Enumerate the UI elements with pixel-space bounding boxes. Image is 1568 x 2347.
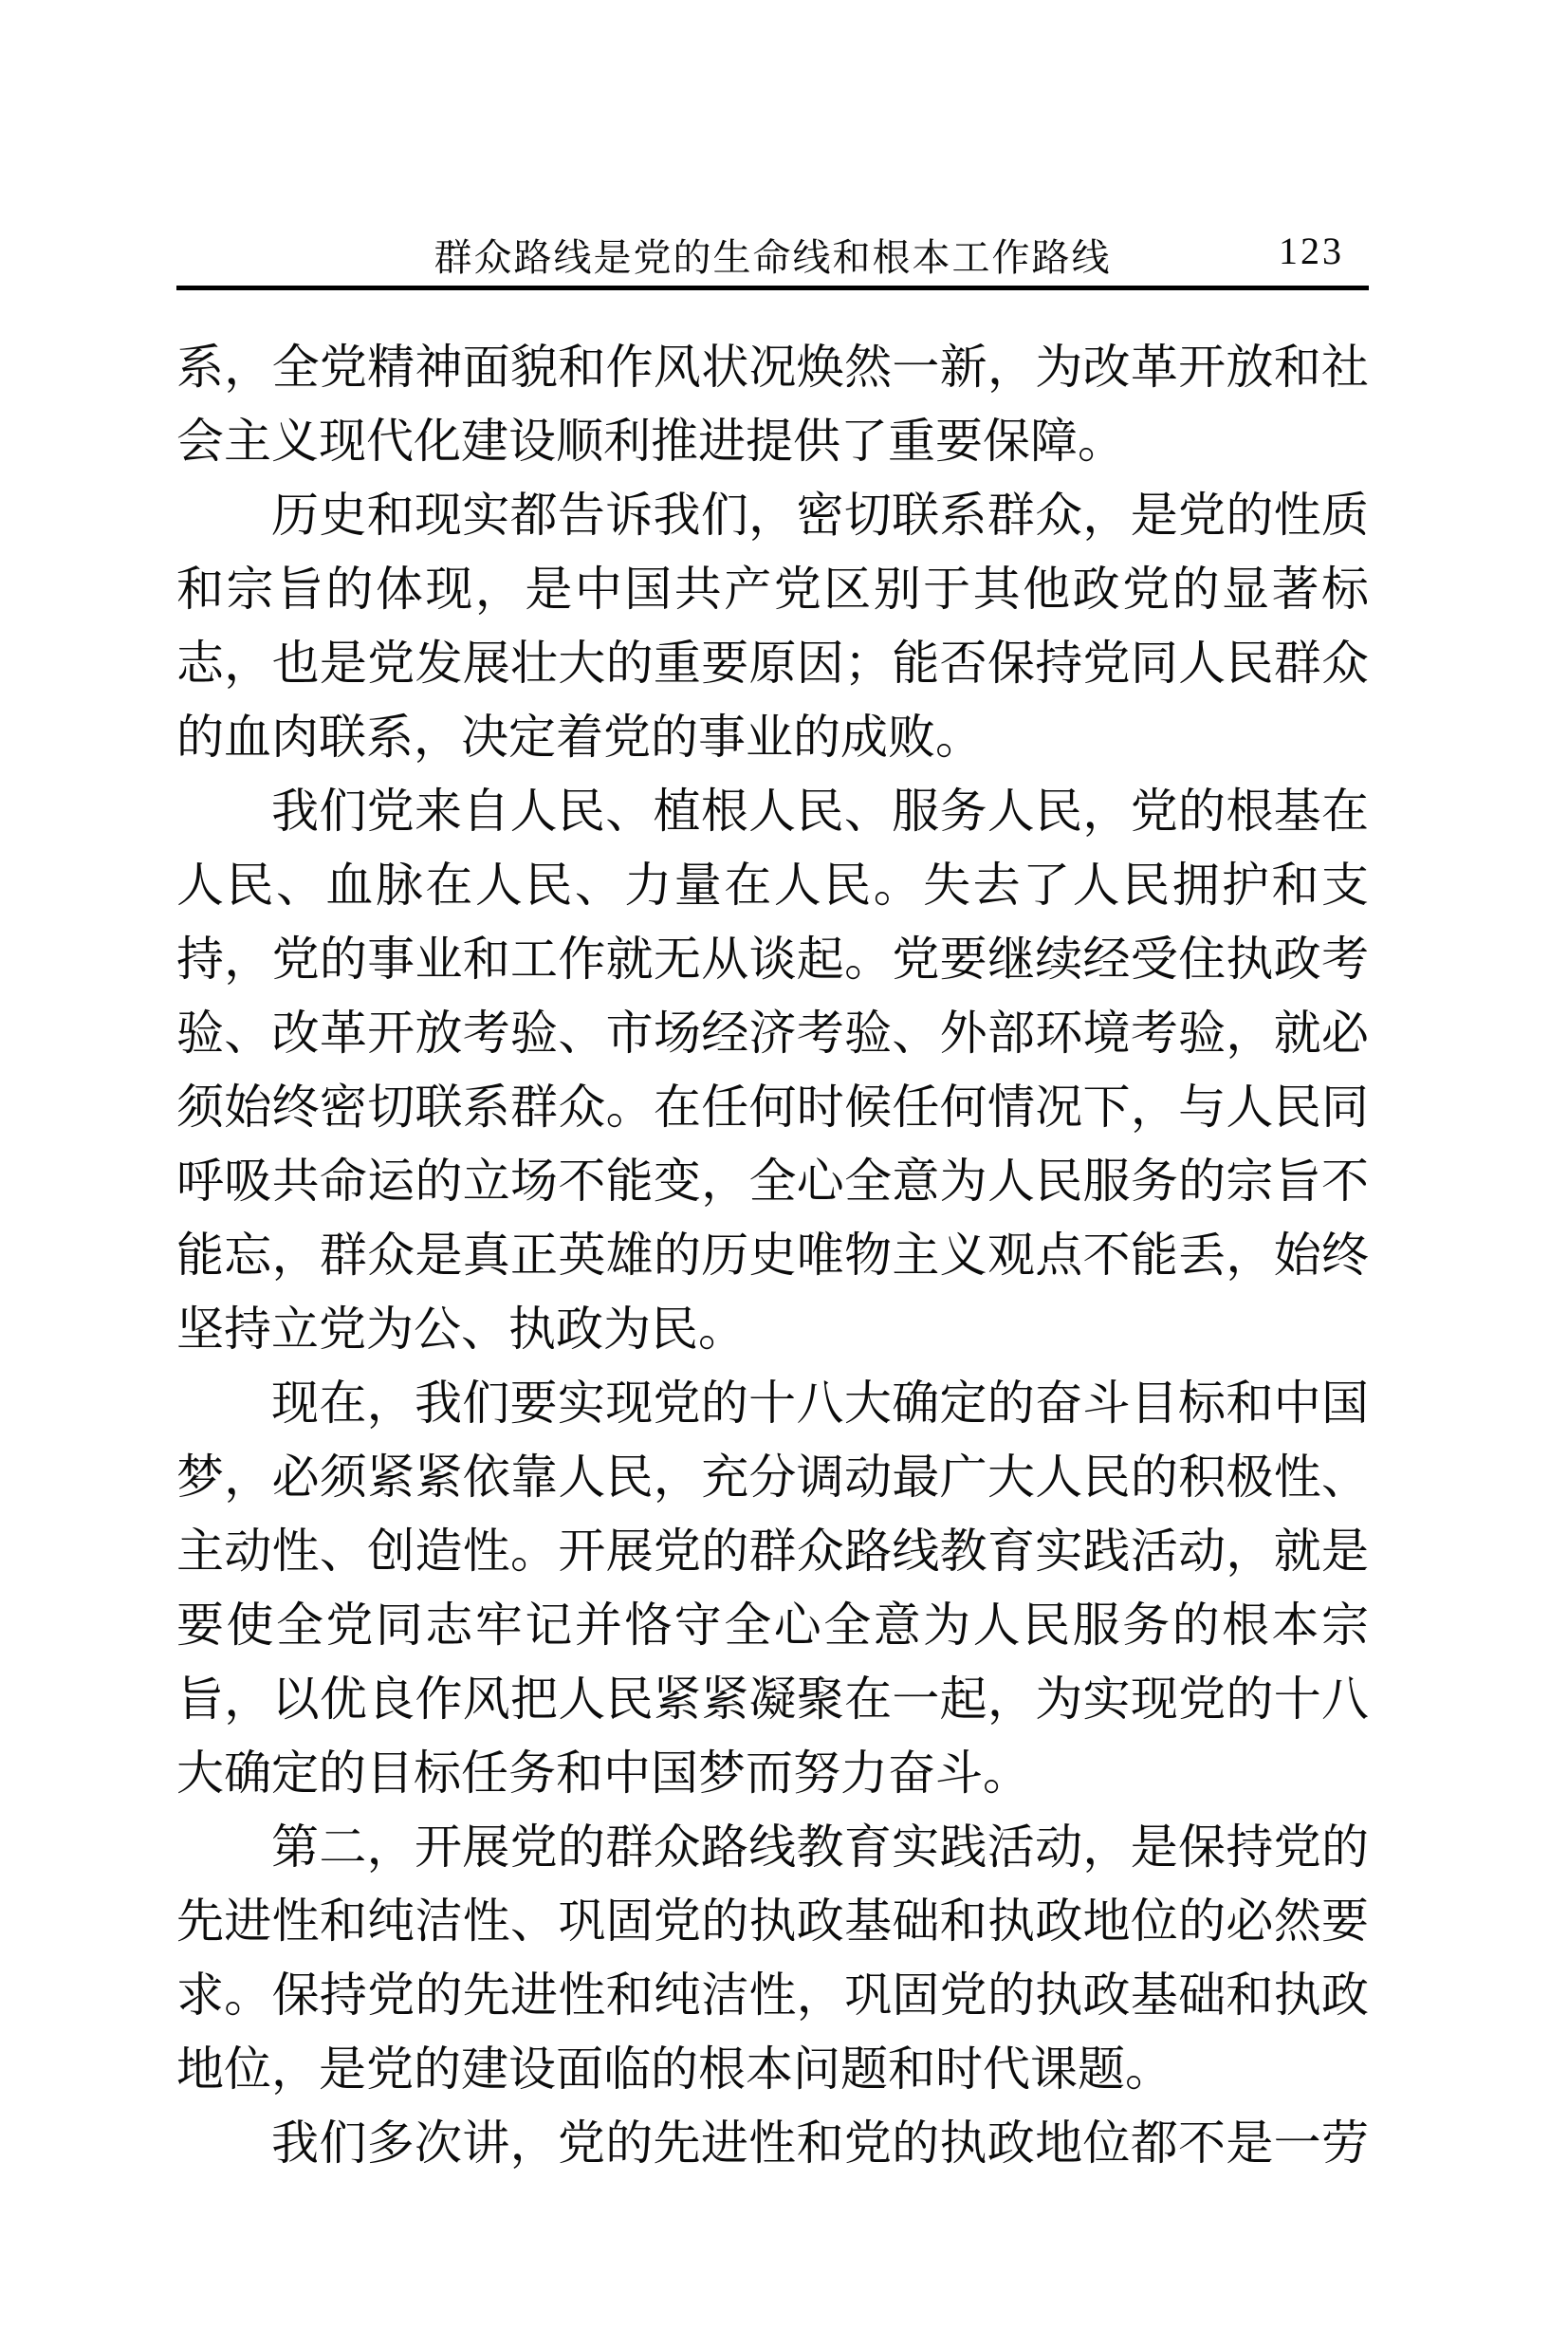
page-number: 123 xyxy=(1279,229,1344,273)
text-line: 要使全党同志牢记并恪守全心全意为人民服务的根本宗 xyxy=(176,1588,1369,1662)
page-header: 群众路线是党的生命线和根本工作路线 123 xyxy=(176,228,1369,275)
text-line: 求。保持党的先进性和纯洁性，巩固党的执政基础和执政 xyxy=(176,1958,1369,2032)
text-line: 大确定的目标任务和中国梦而努力奋斗。 xyxy=(176,1736,1369,1810)
text-line: 系，全党精神面貌和作风状况焕然一新，为改革开放和社 xyxy=(176,330,1369,404)
text-line: 人民、血脉在人民、力量在人民。失去了人民拥护和支 xyxy=(176,848,1369,922)
text-line: 先进性和纯洁性、巩固党的执政基础和执政地位的必然要 xyxy=(176,1884,1369,1958)
text-line: 和宗旨的体现，是中国共产党区别于其他政党的显著标 xyxy=(176,552,1369,626)
text-line: 历史和现实都告诉我们，密切联系群众，是党的性质 xyxy=(176,478,1369,552)
text-line: 持，党的事业和工作就无从谈起。党要继续经受住执政考 xyxy=(176,922,1369,996)
text-line: 的血肉联系，决定着党的事业的成败。 xyxy=(176,700,1369,774)
text-line: 旨，以优良作风把人民紧紧凝聚在一起，为实现党的十八 xyxy=(176,1662,1369,1736)
body-text: 系，全党精神面貌和作风状况焕然一新，为改革开放和社会主义现代化建设顺利推进提供了… xyxy=(176,330,1369,2180)
text-line: 地位，是党的建设面临的根本问题和时代课题。 xyxy=(176,2032,1369,2106)
text-line: 主动性、创造性。开展党的群众路线教育实践活动，就是 xyxy=(176,1514,1369,1588)
text-line: 现在，我们要实现党的十八大确定的奋斗目标和中国 xyxy=(176,1366,1369,1440)
text-line: 坚持立党为公、执政为民。 xyxy=(176,1292,1369,1366)
text-line: 我们党来自人民、植根人民、服务人民，党的根基在 xyxy=(176,774,1369,848)
text-line: 我们多次讲，党的先进性和党的执政地位都不是一劳 xyxy=(176,2106,1369,2180)
text-line: 会主义现代化建设顺利推进提供了重要保障。 xyxy=(176,404,1369,478)
text-line: 验、改革开放考验、市场经济考验、外部环境考验，就必 xyxy=(176,996,1369,1070)
running-head-title: 群众路线是党的生命线和根本工作路线 xyxy=(176,228,1369,282)
text-line: 志，也是党发展壮大的重要原因；能否保持党同人民群众 xyxy=(176,626,1369,700)
text-line: 第二，开展党的群众路线教育实践活动，是保持党的 xyxy=(176,1810,1369,1884)
text-line: 呼吸共命运的立场不能变，全心全意为人民服务的宗旨不 xyxy=(176,1144,1369,1218)
scanned-book-page: 群众路线是党的生命线和根本工作路线 123 系，全党精神面貌和作风状况焕然一新，… xyxy=(0,0,1568,2347)
text-line: 能忘，群众是真正英雄的历史唯物主义观点不能丢，始终 xyxy=(176,1218,1369,1292)
header-divider-rule xyxy=(176,286,1369,290)
text-line: 梦，必须紧紧依靠人民，充分调动最广大人民的积极性、 xyxy=(176,1440,1369,1514)
text-line: 须始终密切联系群众。在任何时候任何情况下，与人民同 xyxy=(176,1070,1369,1144)
